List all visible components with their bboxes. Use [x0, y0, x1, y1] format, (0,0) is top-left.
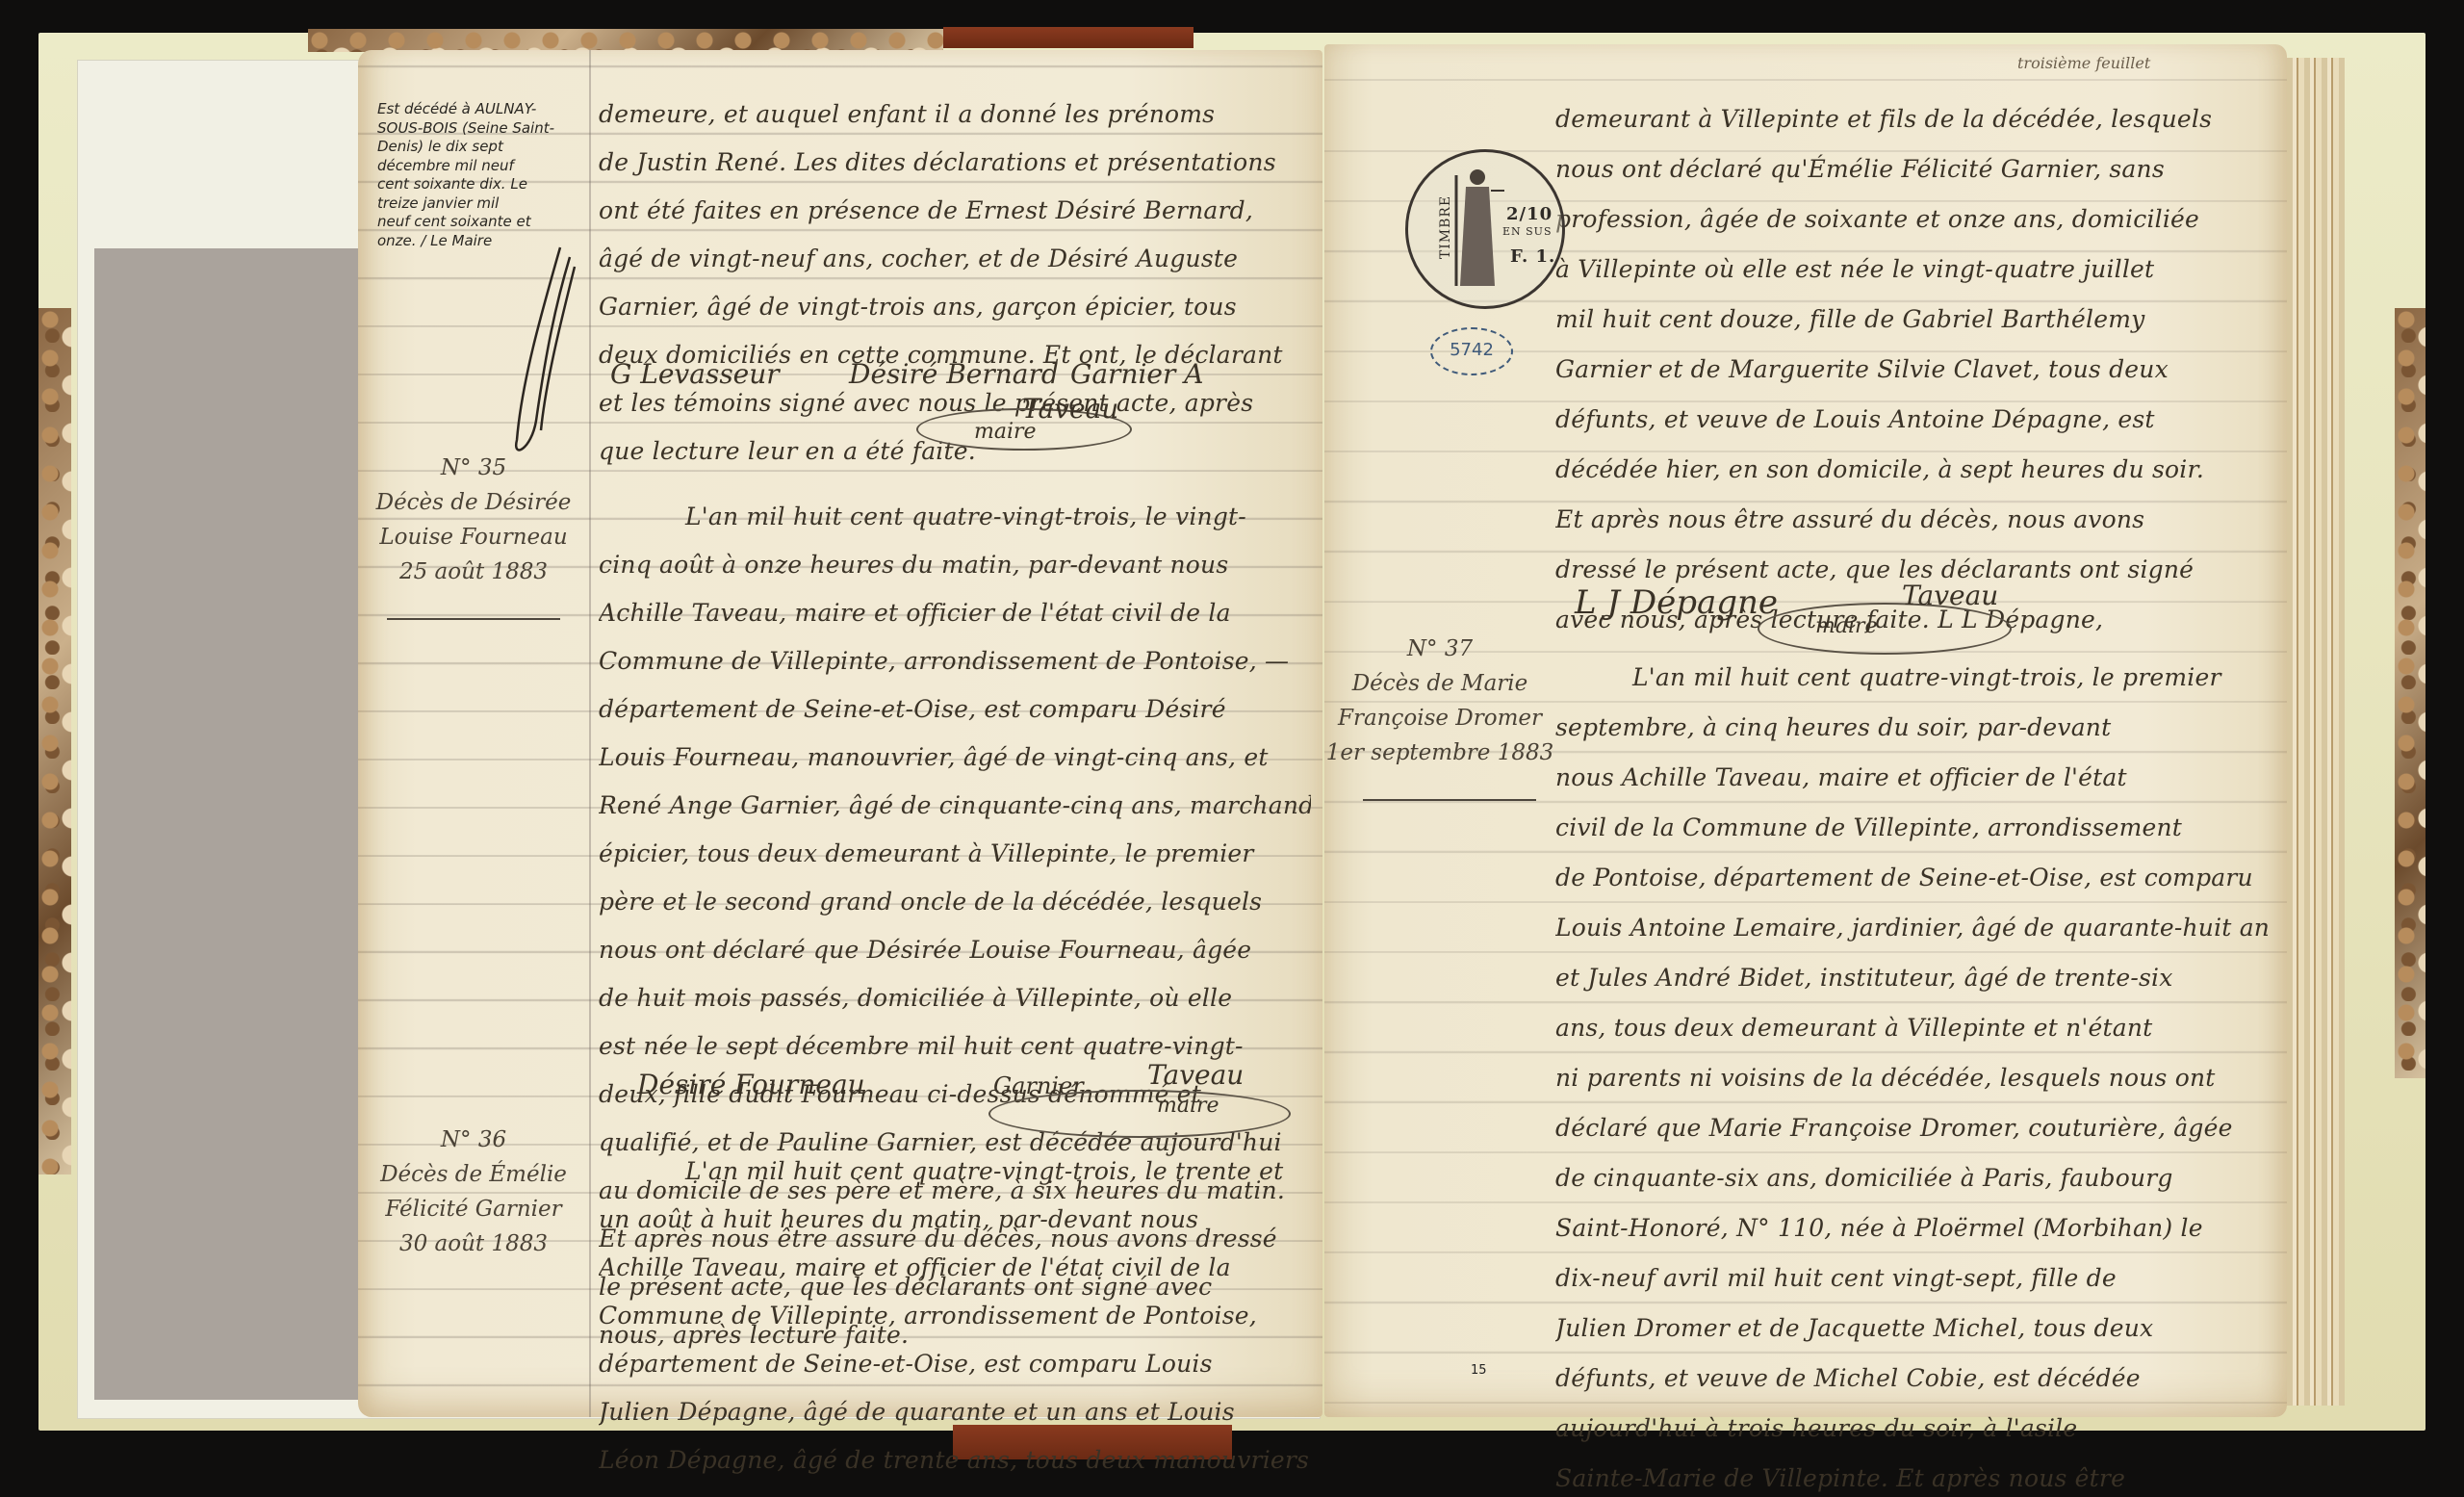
entry-date: 1er septembre 1883 [1324, 736, 1555, 770]
text-line: de Justin René. Les dites déclarations e… [599, 139, 1311, 187]
signature-taveau: Taveau [1022, 393, 1118, 425]
note-line: Denis) le dix sept [377, 138, 585, 157]
text-line: défunts, et veuve de Michel Cobie, est d… [1555, 1354, 2268, 1404]
text-line: civil de la Commune de Villepinte, arron… [1555, 803, 2268, 853]
text-line: ni parents ni voisins de la décédée, les… [1555, 1053, 2268, 1103]
entry-title: Louise Fourneau [358, 520, 589, 555]
text-line: Commune de Villepinte, arrondissement de… [599, 1292, 1311, 1340]
signature-taveau: Taveau [1902, 580, 1998, 611]
text-line: ont été faites en présence de Ernest Dés… [599, 187, 1311, 235]
entry-separator-rule [1363, 799, 1536, 801]
marginal-note: Est décédé à AULNAY- SOUS-BOIS (Seine Sa… [377, 100, 585, 250]
note-line: neuf cent soixante et [377, 213, 585, 232]
entry-title: Françoise Dromer [1324, 701, 1555, 736]
text-line: Louis Fourneau, manouvrier, âgé de vingt… [599, 734, 1311, 782]
entry-37-margin: N° 37 Décès de Marie Françoise Dromer 1e… [1324, 632, 1555, 770]
page-number: 15 [1471, 1363, 1487, 1378]
justice-figure-icon [1449, 166, 1506, 291]
note-line: treize janvier mil [377, 194, 585, 214]
marbled-edge-right [2395, 308, 2425, 1078]
text-line: père et le second grand oncle de la décé… [599, 878, 1311, 926]
note-line: cent soixante dix. Le [377, 175, 585, 194]
text-line: Et après nous être assuré du décès, nous… [1555, 495, 2268, 545]
leather-spine-top [943, 27, 1193, 48]
entry-title: Félicité Garnier [358, 1192, 589, 1226]
text-line: Saint-Honoré, N° 110, née à Ploërmel (Mo… [1555, 1203, 2268, 1253]
signature-taveau: Taveau [1147, 1059, 1244, 1091]
text-line: Sainte-Marie de Villepinte. Et après nou… [1555, 1454, 2268, 1497]
text-line: demeurant à Villepinte et fils de la déc… [1555, 94, 2268, 144]
entry-36-text: L'an mil huit cent quatre-vingt-trois, l… [599, 1148, 1311, 1484]
entry-35-margin: N° 35 Décès de Désirée Louise Fourneau 2… [358, 451, 589, 589]
entry-date: 30 août 1883 [358, 1226, 589, 1261]
signature-depagne: L J Dépagne [1575, 583, 1778, 622]
text-line: un août à huit heures du matin, par-deva… [599, 1196, 1311, 1244]
text-line: Julien Dromer et de Jacquette Michel, to… [1555, 1303, 2268, 1354]
right-page: troisième feuillet demeurant à Villepint… [1324, 44, 2287, 1417]
stamp-value: 2/10 [1506, 204, 1553, 224]
text-line: nous ont déclaré que Désirée Louise Four… [599, 926, 1311, 974]
entry-title: Décès de Désirée [358, 485, 589, 520]
text-line: de Pontoise, département de Seine-et-Ois… [1555, 853, 2268, 903]
text-line: défunts, et veuve de Louis Antoine Dépag… [1555, 395, 2268, 445]
signature-bernard: Désiré Bernard [849, 358, 1059, 390]
signature-maire-label: maire [1815, 614, 1878, 638]
text-line: demeure, et auquel enfant il a donné les… [599, 90, 1311, 139]
text-line: épicier, tous deux demeurant à Villepint… [599, 830, 1311, 878]
text-line: Léon Dépagne, âgé de trente ans, tous de… [599, 1436, 1311, 1484]
marbled-edge-left [38, 308, 71, 1174]
text-line: Julien Dépagne, âgé de quarante et un an… [599, 1388, 1311, 1436]
grey-card-insert [94, 248, 361, 1400]
text-line: Louis Antoine Lemaire, jardinier, âgé de… [1555, 903, 2268, 953]
text-line: aujourd'hui à trois heures du soir, à l'… [1555, 1404, 2268, 1454]
note-line: SOUS-BOIS (Seine Saint- [377, 119, 585, 139]
text-line: L'an mil huit cent quatre-vingt-trois, l… [599, 493, 1311, 541]
text-line: L'an mil huit cent quatre-vingt-trois, l… [599, 1148, 1311, 1196]
text-line: septembre, à cinq heures du soir, par-de… [1555, 703, 2268, 753]
text-line: nous ont déclaré qu'Émélie Félicité Garn… [1555, 144, 2268, 194]
page-stack-edge [2287, 58, 2345, 1406]
text-line: de huit mois passés, domiciliée à Villep… [599, 974, 1311, 1022]
entry-title: Décès de Émélie [358, 1157, 589, 1192]
blue-ink-stamp: 5742 [1430, 327, 1513, 375]
text-line: L'an mil huit cent quatre-vingt-trois, l… [1555, 653, 2268, 703]
text-line: déclaré que Marie Françoise Dromer, cout… [1555, 1103, 2268, 1153]
entry-separator-rule [387, 618, 560, 620]
stamp-value-sub: EN SUS [1502, 225, 1553, 238]
entry-date: 25 août 1883 [358, 555, 589, 589]
text-line: et Jules André Bidet, instituteur, âgé d… [1555, 953, 2268, 1003]
entry-37-text: L'an mil huit cent quatre-vingt-trois, l… [1555, 653, 2268, 1497]
margin-rule [589, 50, 591, 1417]
signature-fourneau: Désiré Fourneau [637, 1069, 865, 1100]
entry-number: N° 35 [358, 451, 589, 485]
tax-stamp: TIMBRE 2/10 EN SUS F. 1. [1405, 149, 1565, 309]
text-line: mil huit cent douze, fille de Gabriel Ba… [1555, 295, 2268, 345]
text-line: à Villepinte où elle est née le vingt-qu… [1555, 245, 2268, 295]
text-line: département de Seine-et-Oise, est compar… [599, 1340, 1311, 1388]
text-line: profession, âgée de soixante et onze ans… [1555, 194, 2268, 245]
note-line: Est décédé à AULNAY- [377, 100, 585, 119]
text-line: Achille Taveau, maire et officier de l'é… [599, 589, 1311, 637]
entry-number: N° 36 [358, 1123, 589, 1157]
text-line: Commune de Villepinte, arrondissement de… [599, 637, 1311, 685]
entry-36-margin: N° 36 Décès de Émélie Félicité Garnier 3… [358, 1123, 589, 1261]
signature-maire-label: maire [1157, 1094, 1219, 1118]
text-line: Garnier, âgé de vingt-trois ans, garçon … [599, 283, 1311, 331]
text-line: décédée hier, en son domicile, à sept he… [1555, 445, 2268, 495]
signature-levasseur: G Levasseur [610, 358, 780, 390]
text-line: cinq août à onze heures du matin, par-de… [599, 541, 1311, 589]
text-line: Achille Taveau, maire et officier de l'é… [599, 1244, 1311, 1292]
continuation-text: demeurant à Villepinte et fils de la déc… [1555, 94, 2268, 645]
marbled-edge-top [308, 29, 943, 52]
text-line: Garnier et de Marguerite Silvie Clavet, … [1555, 345, 2268, 395]
entry-title: Décès de Marie [1324, 666, 1555, 701]
folio-annotation: troisième feuillet [2017, 54, 2150, 72]
text-line: nous Achille Taveau, maire et officier d… [1555, 753, 2268, 803]
text-line: de cinquante-six ans, domiciliée à Paris… [1555, 1153, 2268, 1203]
mayor-flourish [988, 1090, 1291, 1138]
left-page: Est décédé à AULNAY- SOUS-BOIS (Seine Sa… [358, 50, 1322, 1417]
signature-garnier: Garnier A [1070, 358, 1204, 390]
text-line: département de Seine-et-Oise, est compar… [599, 685, 1311, 734]
mayor-initials-signature [502, 238, 589, 459]
note-line: décembre mil neuf [377, 157, 585, 176]
text-line: ans, tous deux demeurant à Villepinte et… [1555, 1003, 2268, 1053]
entry-number: N° 37 [1324, 632, 1555, 666]
stamp-franc: F. 1. [1510, 246, 1555, 267]
text-line: âgé de vingt-neuf ans, cocher, et de Dés… [599, 235, 1311, 283]
text-line: René Ange Garnier, âgé de cinquante-cinq… [599, 782, 1311, 830]
text-line: dix-neuf avril mil huit cent vingt-sept,… [1555, 1253, 2268, 1303]
signature-maire-label: maire [974, 420, 1037, 444]
